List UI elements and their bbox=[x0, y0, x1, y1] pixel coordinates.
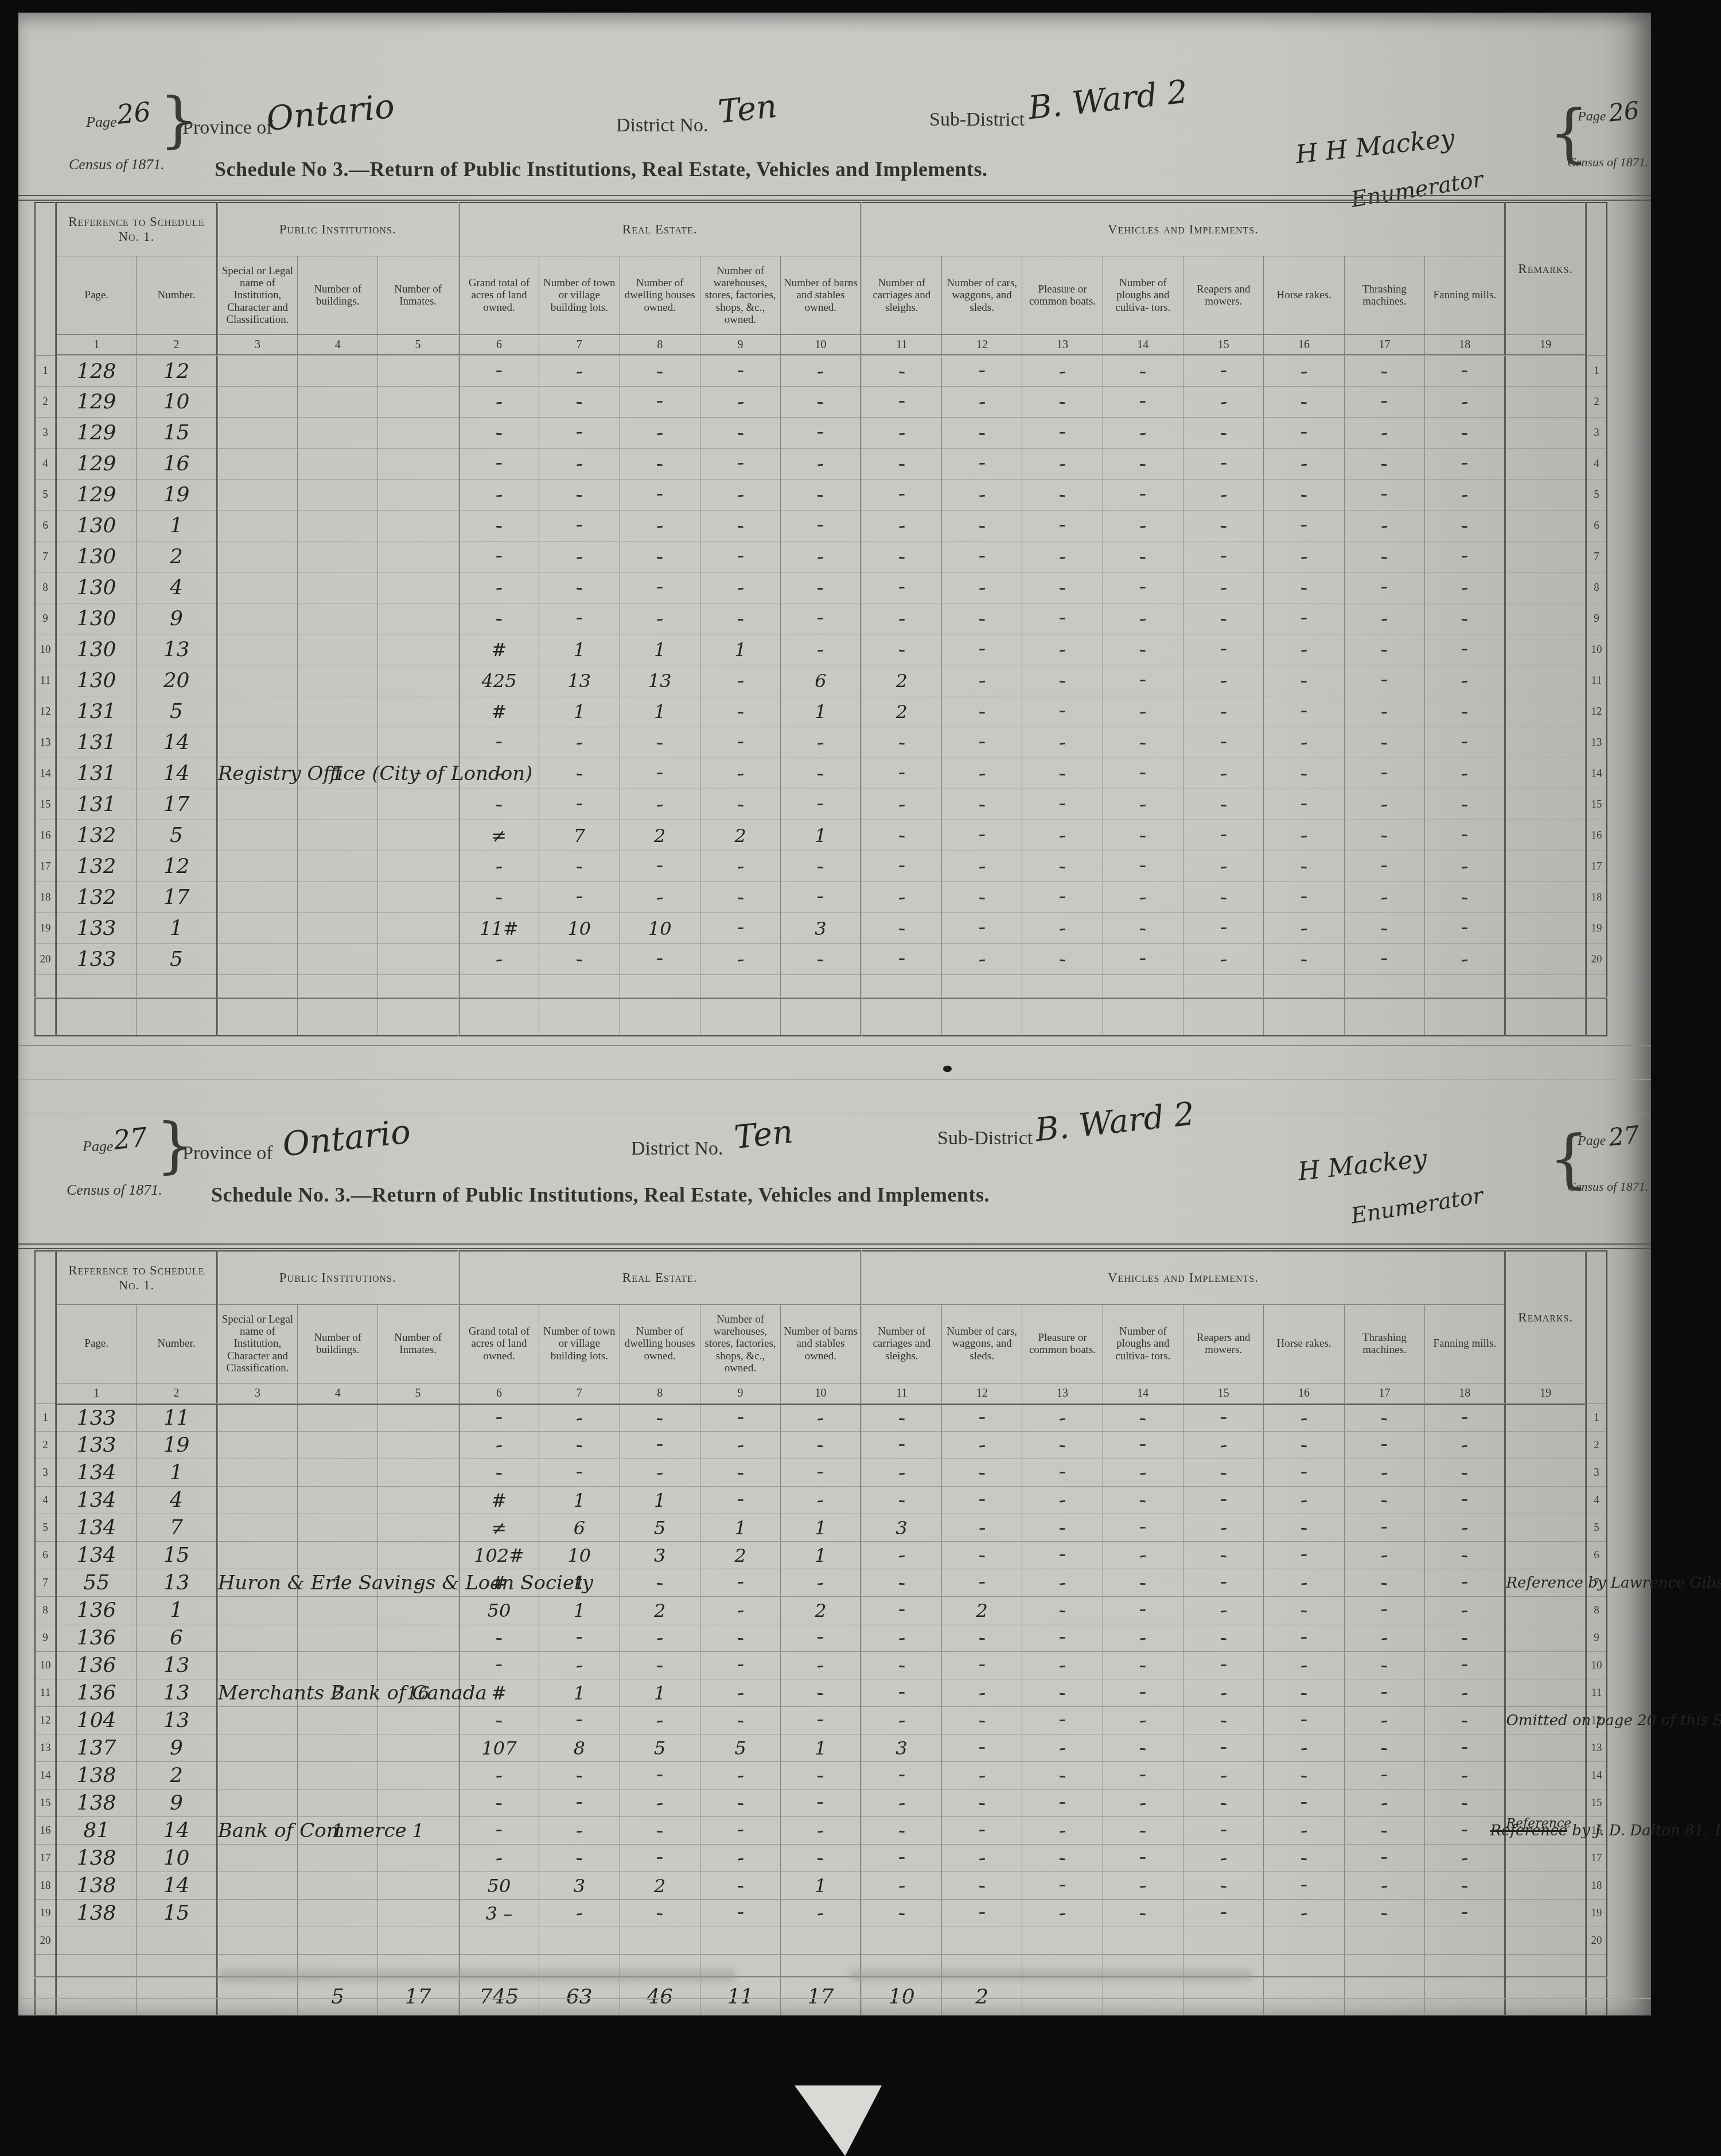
cell: – bbox=[1183, 1432, 1264, 1459]
dash-mark: – bbox=[1380, 362, 1388, 380]
cell: – bbox=[700, 1900, 780, 1927]
cell: 7 bbox=[137, 1514, 217, 1542]
cell: 136 bbox=[56, 1652, 137, 1679]
dash-mark: – bbox=[1300, 1574, 1308, 1592]
cell: – bbox=[861, 634, 941, 665]
cell: – bbox=[781, 449, 861, 479]
dash-mark: – bbox=[1058, 455, 1066, 473]
cell: – bbox=[861, 1487, 941, 1514]
dash-mark: – bbox=[575, 1767, 583, 1784]
total-cell: 745 bbox=[458, 1978, 539, 2016]
dash-mark: – bbox=[575, 951, 583, 968]
dash-mark: – bbox=[1461, 517, 1469, 535]
dash-mark: – bbox=[816, 734, 824, 751]
col-header-14: Number of ploughs and cultiva- tors. bbox=[1103, 1305, 1183, 1383]
dash-mark: – bbox=[1380, 455, 1388, 473]
cell: – bbox=[1103, 1569, 1183, 1597]
cell: – bbox=[1425, 1734, 1505, 1762]
cell: – bbox=[539, 387, 620, 418]
dash-mark: – bbox=[1058, 641, 1066, 658]
dash-mark: – bbox=[816, 1492, 824, 1509]
row-number: 18 bbox=[35, 882, 56, 913]
cell bbox=[378, 882, 458, 913]
cell: 17 bbox=[137, 789, 217, 820]
cell: 10 bbox=[539, 1542, 620, 1569]
dash-mark: – bbox=[898, 548, 906, 566]
institution-name-cell bbox=[217, 1459, 297, 1487]
dash-mark: – bbox=[575, 579, 583, 596]
cell bbox=[378, 603, 458, 634]
cell: – bbox=[1264, 356, 1344, 387]
page-number-handwritten: 26 bbox=[115, 96, 152, 130]
row-number: 10 bbox=[1586, 634, 1607, 665]
handwritten-remark: Reference by Lawrence Gibson 55-13, No 1… bbox=[1506, 1574, 1721, 1592]
empty-cell bbox=[298, 975, 378, 998]
handwritten-value: 2 bbox=[170, 545, 183, 568]
dash-mark: – bbox=[737, 796, 745, 813]
cell: – bbox=[1022, 696, 1103, 727]
handwritten-value: 8 bbox=[574, 1737, 585, 1759]
dash-mark: – bbox=[1139, 1712, 1147, 1729]
cell: – bbox=[941, 541, 1022, 572]
cell bbox=[298, 665, 378, 696]
empty-cell bbox=[137, 975, 217, 998]
table-row: 113311–––––––––––––1 bbox=[35, 1404, 1607, 1432]
dash-mark: – bbox=[898, 1547, 906, 1564]
dash-mark: – bbox=[1461, 733, 1469, 750]
dash-mark: – bbox=[575, 393, 583, 411]
table-row: 91309–––––––––––––9 bbox=[35, 603, 1607, 634]
handwritten-value: 134 bbox=[77, 1488, 116, 1512]
empty-cell bbox=[378, 975, 458, 998]
cell: – bbox=[1425, 1487, 1505, 1514]
cell: – bbox=[458, 727, 539, 758]
institution-name-cell bbox=[217, 851, 297, 882]
dash-mark: – bbox=[496, 733, 503, 750]
totals-row bbox=[35, 998, 1607, 1036]
dash-mark: – bbox=[736, 1437, 744, 1454]
dash-mark: – bbox=[1219, 1685, 1227, 1702]
col-header-13: Pleasure or common boats. bbox=[1022, 1305, 1103, 1383]
dash-mark: – bbox=[898, 1436, 905, 1452]
cell: 1 bbox=[620, 696, 700, 727]
col-header-15: Reapers and mowers. bbox=[1183, 1305, 1264, 1383]
dash-mark: – bbox=[1058, 1767, 1066, 1784]
dash-mark: – bbox=[1300, 579, 1308, 596]
cell: – bbox=[781, 851, 861, 882]
dash-mark: – bbox=[978, 1437, 986, 1454]
cell: – bbox=[700, 665, 780, 696]
dash-mark: – bbox=[1139, 1492, 1147, 1509]
cell: – bbox=[539, 1404, 620, 1432]
dash-mark: – bbox=[496, 361, 503, 378]
col-number-13: 13 bbox=[1022, 335, 1103, 356]
cell: – bbox=[1264, 1707, 1344, 1734]
dash-mark: – bbox=[656, 796, 664, 813]
institution-name-cell bbox=[217, 510, 297, 541]
cell bbox=[378, 1404, 458, 1432]
handwritten-value: 16 bbox=[406, 1682, 430, 1704]
cell: – bbox=[861, 1679, 941, 1707]
institution-name-cell bbox=[217, 387, 297, 418]
cell bbox=[378, 1487, 458, 1514]
dash-mark: – bbox=[1219, 951, 1227, 968]
cell: – bbox=[1183, 1872, 1264, 1900]
cell: – bbox=[781, 418, 861, 449]
col-header-16: Horse rakes. bbox=[1264, 256, 1344, 335]
dash-mark: – bbox=[978, 1408, 986, 1425]
cell: – bbox=[1103, 913, 1183, 944]
cell: – bbox=[1183, 882, 1264, 913]
total-cell bbox=[1344, 998, 1424, 1036]
row-number: 15 bbox=[35, 789, 56, 820]
dash-mark: – bbox=[1380, 517, 1388, 535]
dash-mark: – bbox=[1139, 1905, 1147, 1922]
institution-name-cell bbox=[217, 1762, 297, 1789]
cell: 8 bbox=[539, 1734, 620, 1762]
cell: – bbox=[1425, 418, 1505, 449]
dash-mark: – bbox=[1139, 610, 1147, 627]
cell: – bbox=[1264, 1514, 1344, 1542]
cell: 13 bbox=[620, 665, 700, 696]
dash-mark: – bbox=[978, 951, 986, 968]
table-row: 1813217–––––––––––––18 bbox=[35, 882, 1607, 913]
handwritten-value: 1 bbox=[815, 825, 826, 847]
dash-mark: – bbox=[736, 486, 744, 504]
dash-mark: – bbox=[575, 765, 583, 782]
total-cell bbox=[1505, 998, 1586, 1036]
dash-mark: – bbox=[575, 1822, 583, 1839]
cell: – bbox=[1344, 1789, 1424, 1817]
cell bbox=[298, 418, 378, 449]
dash-mark: – bbox=[1300, 486, 1308, 504]
dash-mark: – bbox=[737, 1464, 745, 1481]
cell: – bbox=[941, 1789, 1022, 1817]
remarks-cell bbox=[1505, 820, 1586, 851]
cell: – bbox=[700, 356, 780, 387]
table-row: 13137910785513–––––––13 bbox=[35, 1734, 1607, 1762]
cell: – bbox=[1344, 1514, 1424, 1542]
dash-mark: – bbox=[1058, 951, 1066, 968]
row-number: 19 bbox=[1586, 913, 1607, 944]
cell: – bbox=[458, 387, 539, 418]
cell: 5 bbox=[700, 1734, 780, 1762]
cell: – bbox=[539, 851, 620, 882]
institution-name-cell bbox=[217, 882, 297, 913]
handwritten-value: 2 bbox=[654, 825, 665, 847]
cell bbox=[298, 1762, 378, 1789]
institution-name-cell bbox=[217, 1404, 297, 1432]
dash-mark: – bbox=[898, 764, 905, 781]
dash-mark: – bbox=[1461, 1850, 1469, 1867]
cell: – bbox=[1344, 1652, 1424, 1679]
row-number: 3 bbox=[35, 418, 56, 449]
col-number-8: 8 bbox=[620, 335, 700, 356]
dash-mark: – bbox=[1220, 826, 1227, 843]
handwritten-value: 133 bbox=[77, 1433, 116, 1457]
cell: – bbox=[1264, 418, 1344, 449]
handwritten-value: 136 bbox=[77, 1599, 116, 1622]
cell: – bbox=[620, 758, 700, 789]
dash-mark: – bbox=[495, 796, 503, 813]
dash-mark: – bbox=[656, 578, 664, 595]
dash-mark: – bbox=[898, 392, 905, 409]
dash-mark: – bbox=[1461, 672, 1469, 689]
cell: – bbox=[458, 1624, 539, 1652]
cell: – bbox=[1103, 727, 1183, 758]
dash-mark: – bbox=[1381, 764, 1388, 781]
dash-mark: – bbox=[816, 393, 824, 411]
cell: – bbox=[1022, 1652, 1103, 1679]
row-number: 10 bbox=[35, 1652, 56, 1679]
cell: – bbox=[1183, 541, 1264, 572]
dash-mark: – bbox=[1220, 610, 1228, 627]
cell: – bbox=[781, 479, 861, 510]
dash-mark: – bbox=[1301, 702, 1308, 719]
cell: – bbox=[861, 479, 941, 510]
dash-mark: – bbox=[1381, 392, 1388, 409]
handwritten-value: 1 bbox=[332, 1572, 344, 1594]
handwritten-value: 13 bbox=[163, 1681, 190, 1705]
dash-mark: – bbox=[1058, 858, 1066, 875]
total-cell bbox=[1022, 1978, 1103, 2016]
remarks-cell bbox=[1505, 1459, 1586, 1487]
cell: 10 bbox=[137, 1845, 217, 1872]
dash-mark: – bbox=[1139, 485, 1147, 502]
cell: – bbox=[700, 603, 780, 634]
enumerator-signature: H H Mackey bbox=[1294, 124, 1456, 170]
dash-mark: – bbox=[1139, 641, 1147, 658]
cell: – bbox=[781, 758, 861, 789]
cell: 19 bbox=[137, 1432, 217, 1459]
cell: – bbox=[1344, 634, 1424, 665]
row-number: 2 bbox=[35, 387, 56, 418]
cell: 2 bbox=[620, 1872, 700, 1900]
dash-mark: – bbox=[1380, 889, 1388, 906]
handwritten-value: # bbox=[492, 701, 507, 723]
cell: – bbox=[861, 1459, 941, 1487]
total-cell bbox=[1183, 1978, 1264, 2016]
dash-mark: – bbox=[978, 826, 986, 843]
cell: – bbox=[1022, 1542, 1103, 1569]
cell: 19 bbox=[137, 479, 217, 510]
dash-mark: – bbox=[1300, 734, 1308, 751]
cell: – bbox=[1022, 1900, 1103, 1927]
cell: – bbox=[1425, 1597, 1505, 1624]
cell: – bbox=[1344, 418, 1424, 449]
dash-mark: – bbox=[1300, 548, 1308, 566]
group-vehicles-implements: Vehicles and Implements. bbox=[861, 1251, 1505, 1305]
institution-name-cell bbox=[217, 1927, 297, 1955]
cell: – bbox=[1183, 851, 1264, 882]
remarks-cell bbox=[1505, 851, 1586, 882]
remarks-header: Remarks. bbox=[1505, 202, 1586, 335]
cell: 12 bbox=[137, 356, 217, 387]
table-row: 19138153 –––––––––––––19 bbox=[35, 1900, 1607, 1927]
cell bbox=[298, 696, 378, 727]
handwritten-value: 131 bbox=[77, 700, 116, 723]
cell: – bbox=[861, 1900, 941, 1927]
handwritten-value: 2 bbox=[815, 1600, 826, 1621]
cell: – bbox=[1022, 1679, 1103, 1707]
dash-mark: – bbox=[737, 703, 745, 720]
cell: 129 bbox=[56, 418, 137, 449]
cell bbox=[539, 1927, 620, 1955]
table-row: 201335–––––––––––––20 bbox=[35, 944, 1607, 975]
dash-mark: – bbox=[1058, 1685, 1066, 1702]
cell: 55 bbox=[56, 1569, 137, 1597]
total-cell: 2 bbox=[941, 1978, 1022, 2016]
table-row: 31341–––––––––––––3 bbox=[35, 1459, 1607, 1487]
table-row: 2020 bbox=[35, 1927, 1607, 1955]
cell: – bbox=[1425, 1872, 1505, 1900]
remarks-cell bbox=[1505, 356, 1586, 387]
dash-mark: – bbox=[1219, 672, 1227, 689]
handwritten-value: 4 bbox=[170, 1488, 183, 1512]
cell: 1 bbox=[539, 1487, 620, 1514]
cell: – bbox=[941, 1432, 1022, 1459]
district-label: District No. bbox=[631, 1138, 723, 1160]
remarks-cell bbox=[1505, 1514, 1586, 1542]
dash-mark: – bbox=[1139, 764, 1147, 781]
remarks-cell bbox=[1505, 1404, 1586, 1432]
dash-mark: – bbox=[1461, 1738, 1469, 1755]
cell: – bbox=[1103, 1817, 1183, 1845]
cell: 1 bbox=[137, 913, 217, 944]
group-public-institutions: Public Institutions. bbox=[217, 202, 458, 256]
table-row: 1713212–––––––––––––17 bbox=[35, 851, 1607, 882]
census-label-right: Census of 1871. bbox=[1567, 1179, 1648, 1194]
census-label: Census of 1871. bbox=[69, 156, 165, 173]
cell: – bbox=[941, 572, 1022, 603]
cell: – bbox=[781, 1432, 861, 1459]
institution-name-cell bbox=[217, 1845, 297, 1872]
cell: 6 bbox=[137, 1624, 217, 1652]
cell: – bbox=[941, 758, 1022, 789]
dash-mark: – bbox=[1300, 1740, 1308, 1757]
empty-cell bbox=[1022, 975, 1103, 998]
scanned-census-page: Page 26 } Census of 1871. Province of On… bbox=[0, 0, 1721, 2156]
dash-mark: – bbox=[978, 454, 986, 471]
row-number: 1 bbox=[1586, 356, 1607, 387]
cell: – bbox=[1103, 944, 1183, 975]
cell: – bbox=[1022, 1762, 1103, 1789]
cell: – bbox=[1264, 1789, 1344, 1817]
handwritten-value: 7 bbox=[170, 1516, 183, 1539]
dash-mark: – bbox=[816, 1409, 824, 1426]
handwritten-value: 3 bbox=[574, 1875, 585, 1897]
schedule-title: Schedule No. 3.—Return of Public Institu… bbox=[211, 1183, 990, 1207]
cell: 50 bbox=[458, 1872, 539, 1900]
bleedthrough-smudge bbox=[219, 1970, 735, 1982]
dash-mark: – bbox=[575, 734, 583, 751]
cell: – bbox=[458, 541, 539, 572]
cell: – bbox=[1183, 1569, 1264, 1597]
cell bbox=[378, 541, 458, 572]
dash-mark: – bbox=[1139, 1766, 1147, 1783]
dash-mark: – bbox=[1300, 1850, 1308, 1867]
cell: 1 bbox=[137, 1459, 217, 1487]
cell: – bbox=[1022, 634, 1103, 665]
remarks-cell bbox=[1505, 387, 1586, 418]
col-number-9: 9 bbox=[700, 335, 780, 356]
cell: – bbox=[458, 449, 539, 479]
cell bbox=[378, 1514, 458, 1542]
total-cell bbox=[217, 998, 297, 1036]
col-number-14: 14 bbox=[1103, 1383, 1183, 1404]
dash-mark: – bbox=[1461, 486, 1469, 504]
dash-mark: – bbox=[1059, 795, 1066, 812]
cell: – bbox=[1183, 510, 1264, 541]
cell: – bbox=[1344, 1624, 1424, 1652]
cell: – bbox=[1103, 1789, 1183, 1817]
column-subheader-row: Page.Number.Special or Legal name of Ins… bbox=[35, 256, 1607, 335]
handwritten-value: 134 bbox=[77, 1461, 116, 1484]
cell: – bbox=[1425, 727, 1505, 758]
row-number: 9 bbox=[1586, 1624, 1607, 1652]
dash-mark: – bbox=[736, 858, 744, 875]
cell: – bbox=[1183, 1762, 1264, 1789]
cell: – bbox=[941, 665, 1022, 696]
handwritten-value: 15 bbox=[163, 421, 190, 445]
group-public-institutions: Public Institutions. bbox=[217, 1251, 458, 1305]
col-number-15: 15 bbox=[1183, 335, 1264, 356]
dash-mark: – bbox=[1059, 702, 1066, 719]
dash-mark: – bbox=[656, 1822, 664, 1839]
gutter-cell bbox=[1586, 1978, 1607, 2016]
cell bbox=[378, 510, 458, 541]
cell: – bbox=[1425, 882, 1505, 913]
cell bbox=[378, 1734, 458, 1762]
row-number: 7 bbox=[1586, 541, 1607, 572]
dash-mark: – bbox=[898, 1905, 906, 1922]
cell: – bbox=[1022, 1597, 1103, 1624]
cell: – bbox=[861, 1404, 941, 1432]
row-number: 8 bbox=[1586, 1597, 1607, 1624]
dash-mark: – bbox=[898, 1492, 906, 1509]
cell bbox=[378, 1845, 458, 1872]
dash-mark: – bbox=[817, 516, 824, 533]
row-number: 20 bbox=[1586, 944, 1607, 975]
table-row: 213319–––––––––––––2 bbox=[35, 1432, 1607, 1459]
row-number: 19 bbox=[1586, 1900, 1607, 1927]
cell: – bbox=[1103, 1624, 1183, 1652]
dash-mark: – bbox=[898, 1712, 906, 1729]
cell: – bbox=[1264, 510, 1344, 541]
dash-mark: – bbox=[898, 920, 906, 937]
dash-mark: – bbox=[736, 1767, 744, 1784]
cell: 137 bbox=[56, 1734, 137, 1762]
cell: – bbox=[781, 882, 861, 913]
cell: – bbox=[1344, 1817, 1424, 1845]
dash-mark: – bbox=[1220, 919, 1227, 935]
cell bbox=[378, 789, 458, 820]
cell bbox=[298, 1845, 378, 1872]
dash-mark: – bbox=[1300, 1492, 1308, 1509]
col-header-2: Number. bbox=[137, 1305, 217, 1383]
dash-mark: – bbox=[978, 393, 986, 411]
column-subheader-row: Page.Number.Special or Legal name of Ins… bbox=[35, 1305, 1607, 1383]
cell: 50 bbox=[458, 1597, 539, 1624]
cell: 425 bbox=[458, 665, 539, 696]
dash-mark: – bbox=[1139, 734, 1147, 751]
cell: # bbox=[458, 634, 539, 665]
cell: – bbox=[1264, 1762, 1344, 1789]
cell: – bbox=[1425, 1459, 1505, 1487]
dash-mark: – bbox=[1058, 1740, 1066, 1757]
page-number-handwritten: 27 bbox=[112, 1121, 149, 1156]
col-number-10: 10 bbox=[781, 335, 861, 356]
